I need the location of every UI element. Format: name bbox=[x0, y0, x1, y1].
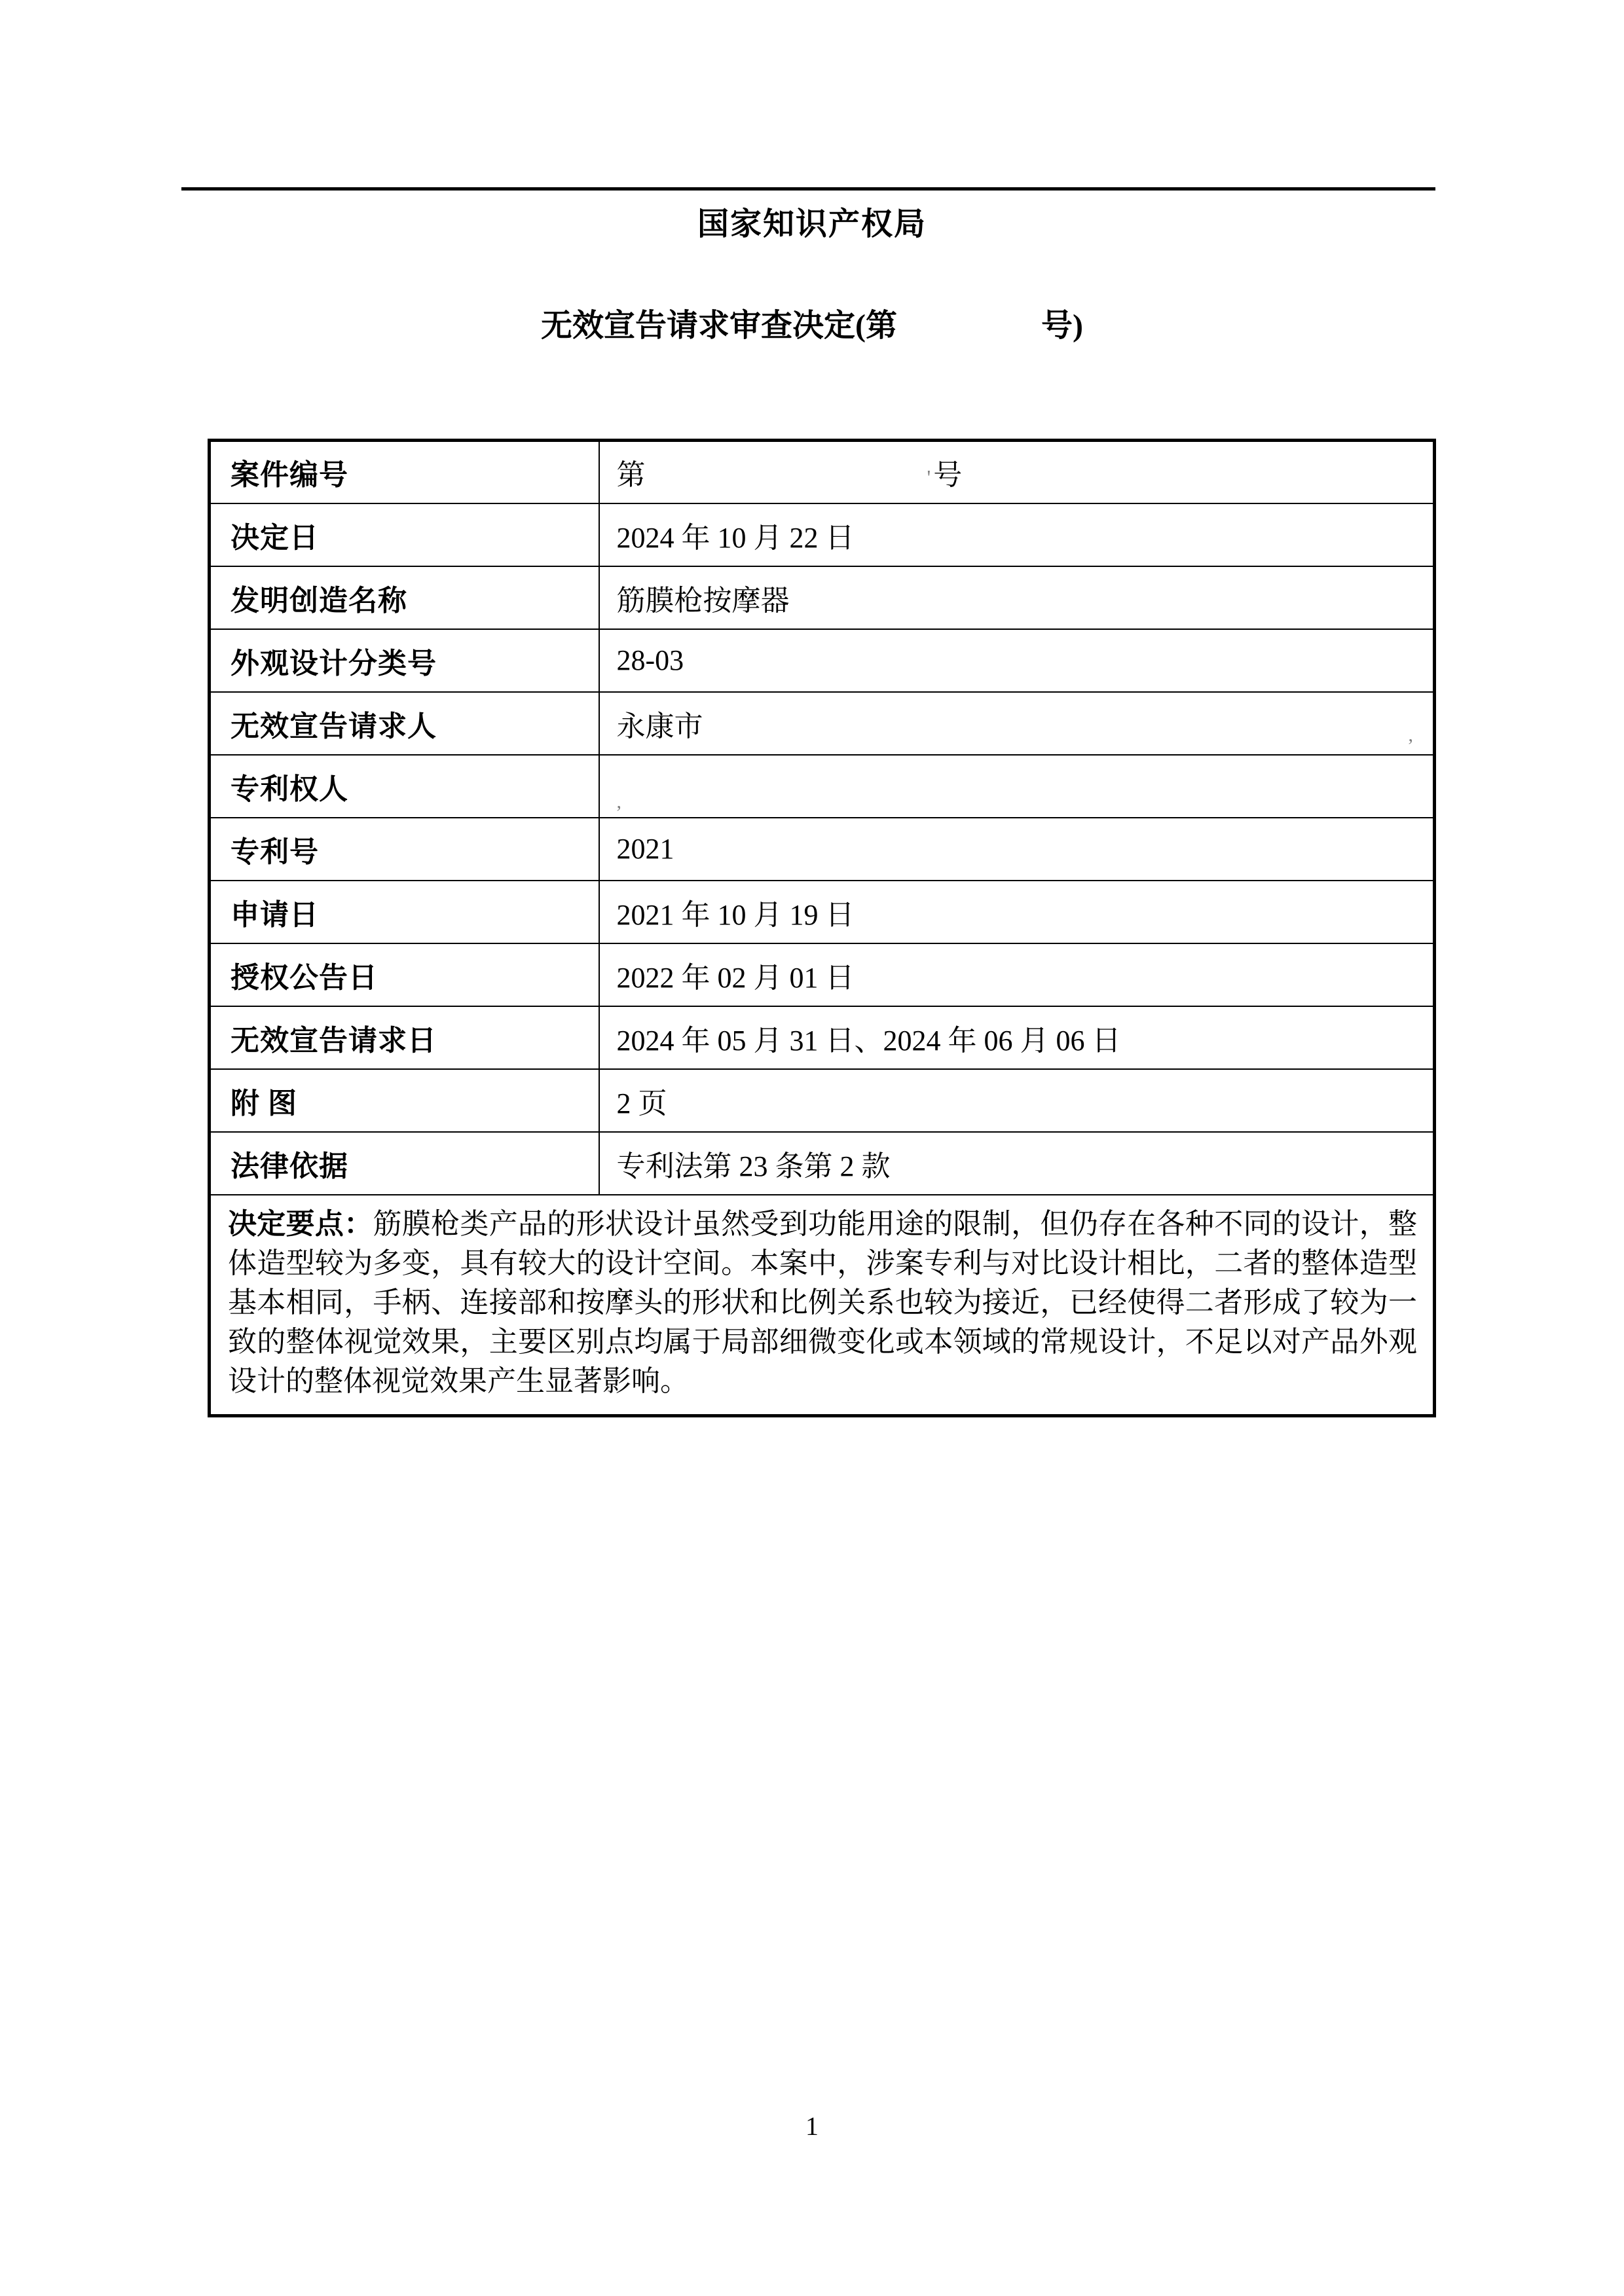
row-label: 决定日 bbox=[210, 503, 599, 566]
row-label: 外观设计分类号 bbox=[210, 629, 599, 692]
row-value: 2024 年 10 月 22 日 bbox=[599, 503, 1435, 566]
table-row-request-date: 无效宣告请求日 2024 年 05 月 31 日、2024 年 06 月 06 … bbox=[210, 1006, 1435, 1069]
agency-title: 国家知识产权局 bbox=[0, 198, 1624, 244]
header-rule-line bbox=[181, 187, 1435, 191]
page-number: 1 bbox=[0, 2111, 1624, 2141]
table-row-grant-date: 授权公告日 2022 年 02 月 01 日 bbox=[210, 943, 1435, 1006]
row-value: 永康市 , bbox=[599, 692, 1435, 755]
decision-title-suffix: 号) bbox=[1041, 308, 1083, 343]
decision-summary-label: 决定要点： bbox=[228, 1208, 373, 1240]
table-row-petitioner: 无效宣告请求人 永康市 , bbox=[210, 692, 1435, 755]
row-label: 无效宣告请求人 bbox=[210, 692, 599, 755]
row-value: 28-03 bbox=[599, 629, 1435, 692]
table-row-legal-basis: 法律依据 专利法第 23 条第 2 款 bbox=[210, 1132, 1435, 1195]
row-label: 申请日 bbox=[210, 881, 599, 943]
decision-summary: 决定要点：筋膜枪类产品的形状设计虽然受到功能用途的限制，但仍存在各种不同的设计，… bbox=[210, 1195, 1435, 1416]
decision-title-prefix: 无效宣告请求审查决定(第 bbox=[541, 308, 897, 343]
table-row-design-class: 外观设计分类号 28-03 bbox=[210, 629, 1435, 692]
case-number-prefix: 第 bbox=[617, 459, 646, 491]
decision-summary-text: 筋膜枪类产品的形状设计虽然受到功能用途的限制，但仍存在各种不同的设计，整体造型较… bbox=[228, 1208, 1417, 1397]
row-value: 2024 年 05 月 31 日、2024 年 06 月 06 日 bbox=[599, 1006, 1435, 1069]
row-value: , bbox=[599, 755, 1435, 818]
case-number-suffix: 号 bbox=[933, 459, 962, 491]
row-label: 专利号 bbox=[210, 818, 599, 881]
row-value: 2022 年 02 月 01 日 bbox=[599, 943, 1435, 1006]
row-value: 2 页 bbox=[599, 1069, 1435, 1132]
row-value: 第'号 bbox=[599, 441, 1435, 503]
row-value: 专利法第 23 条第 2 款 bbox=[599, 1132, 1435, 1195]
row-label: 专利权人 bbox=[210, 755, 599, 818]
table-row-patentee: 专利权人 , bbox=[210, 755, 1435, 818]
row-label: 案件编号 bbox=[210, 441, 599, 503]
row-value: 2021 年 10 月 19 日 bbox=[599, 881, 1435, 943]
table-row-decision-summary: 决定要点：筋膜枪类产品的形状设计虽然受到功能用途的限制，但仍存在各种不同的设计，… bbox=[210, 1195, 1435, 1416]
table-row-filing-date: 申请日 2021 年 10 月 19 日 bbox=[210, 881, 1435, 943]
row-label: 授权公告日 bbox=[210, 943, 599, 1006]
redaction-artifact-mark: ' bbox=[927, 465, 931, 489]
row-label: 法律依据 bbox=[210, 1132, 599, 1195]
document-page: 国家知识产权局 无效宣告请求审查决定(第号) 案件编号 第'号 决定日 2024… bbox=[0, 0, 1624, 2296]
row-label: 无效宣告请求日 bbox=[210, 1006, 599, 1069]
redaction-artifact-mark: , bbox=[617, 792, 622, 812]
case-info-table: 案件编号 第'号 决定日 2024 年 10 月 22 日 发明创造名称 筋膜枪… bbox=[208, 439, 1436, 1417]
table-row-invention-name: 发明创造名称 筋膜枪按摩器 bbox=[210, 566, 1435, 629]
decision-title: 无效宣告请求审查决定(第号) bbox=[0, 300, 1624, 345]
row-label: 发明创造名称 bbox=[210, 566, 599, 629]
row-value: 2021 bbox=[599, 818, 1435, 881]
row-value: 筋膜枪按摩器 bbox=[599, 566, 1435, 629]
petitioner-value: 永康市 bbox=[617, 710, 703, 742]
row-label: 附 图 bbox=[210, 1069, 599, 1132]
table-row-decision-date: 决定日 2024 年 10 月 22 日 bbox=[210, 503, 1435, 566]
table-row-patent-number: 专利号 2021 bbox=[210, 818, 1435, 881]
table-row-case-number: 案件编号 第'号 bbox=[210, 441, 1435, 503]
table-row-attached-figures: 附 图 2 页 bbox=[210, 1069, 1435, 1132]
redaction-artifact-mark: , bbox=[1409, 725, 1414, 745]
